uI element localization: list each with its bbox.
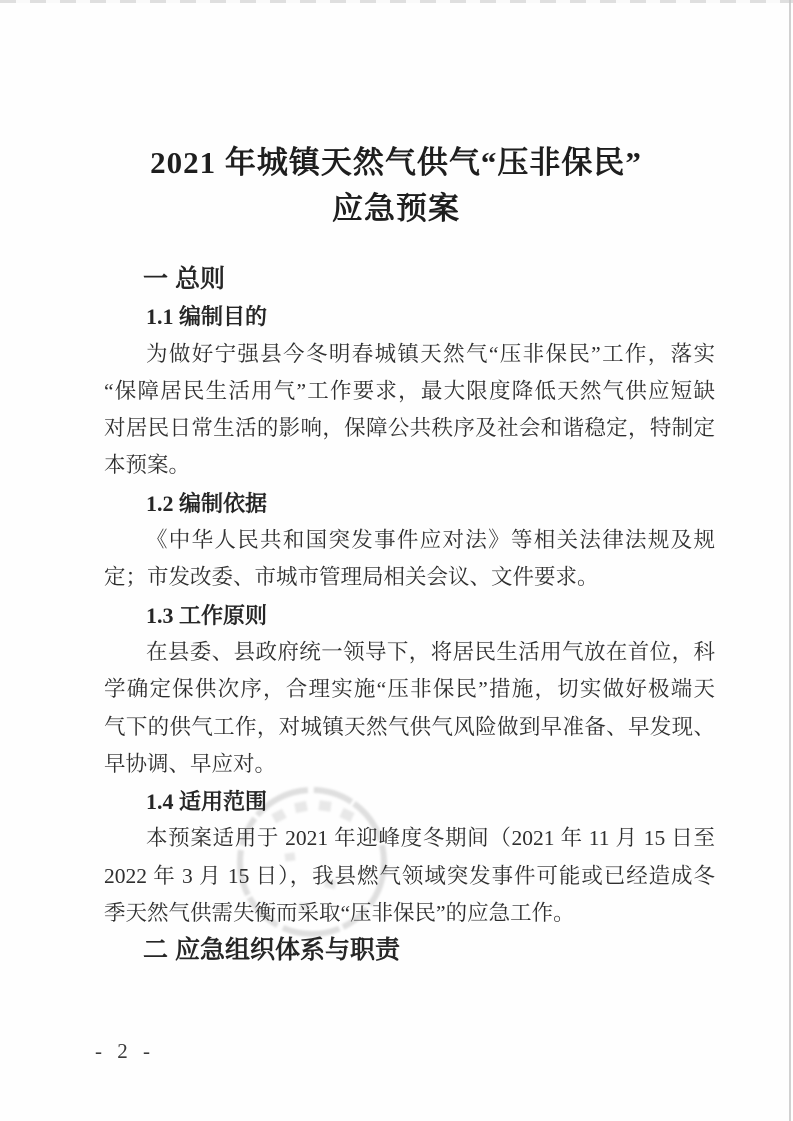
page-number: - 2 -	[95, 1036, 155, 1066]
paragraph-line: 季天然气供需失衡而采取“压非保民”的应急工作。	[104, 895, 715, 932]
paragraph-line: 早协调、早应对。	[104, 746, 715, 783]
paragraph-line: 气下的供气工作，对城镇天然气供气风险做到早准备、早发现、	[104, 709, 715, 746]
paragraph-line: 2022 年 3 月 15 日），我县燃气领域突发事件可能或已经造成冬	[104, 858, 715, 895]
title-line-2: 应急预案	[85, 186, 707, 232]
paragraph-line: 学确定保供次序，合理实施“压非保民”措施，切实做好极端天	[104, 671, 715, 708]
title-line-1: 2021 年城镇天然气供气“压非保民”	[85, 140, 707, 186]
scan-edge-top-line	[0, 0, 793, 3]
document-page: 2021 年城镇天然气供气“压非保民” 应急预案 一 总则 1.1 编制目的 为…	[0, 0, 793, 1121]
paragraph-line: 本预案适用于 2021 年迎峰度冬期间（2021 年 11 月 15 日至	[104, 820, 715, 857]
document-body: 一 总则 1.1 编制目的 为做好宁强县今冬明春城镇天然气“压非保民”工作，落实…	[104, 261, 715, 970]
paragraph-line: 在县委、县政府统一领导下，将居民生活用气放在首位，科	[104, 634, 715, 671]
paragraph-line: 《中华人民共和国突发事件应对法》等相关法律法规及规	[104, 522, 715, 559]
section-heading-2: 二 应急组织体系与职责	[104, 932, 715, 969]
paragraph-line: “保障居民生活用气”工作要求，最大限度降低天然气供应短缺	[104, 373, 715, 410]
document-title: 2021 年城镇天然气供气“压非保民” 应急预案	[85, 140, 707, 232]
subsection-heading-1-3: 1.3 工作原则	[104, 597, 715, 634]
subsection-heading-1-2: 1.2 编制依据	[104, 485, 715, 522]
paragraph-line: 定；市发改委、市城市管理局相关会议、文件要求。	[104, 559, 715, 596]
subsection-heading-1-4: 1.4 适用范围	[104, 783, 715, 820]
subsection-heading-1-1: 1.1 编制目的	[104, 298, 715, 335]
section-heading-1: 一 总则	[104, 261, 715, 298]
paragraph-line: 为做好宁强县今冬明春城镇天然气“压非保民”工作，落实	[104, 336, 715, 373]
paragraph-line: 对居民日常生活的影响，保障公共秩序及社会和谐稳定，特制定	[104, 410, 715, 447]
paragraph-line: 本预案。	[104, 447, 715, 484]
scan-edge-right-line	[789, 0, 791, 1121]
